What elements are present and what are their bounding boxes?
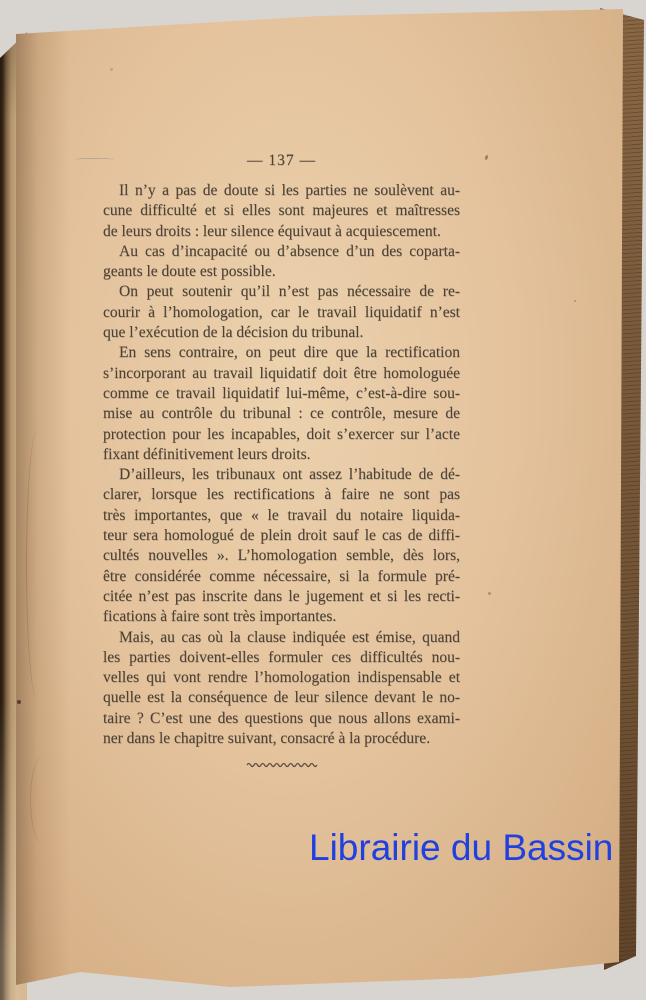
- text-line: que l’exécution de la décision du tribun…: [103, 323, 460, 343]
- text-line: être considérée comme nécessaire, si la …: [103, 567, 460, 587]
- text-line: D’ailleurs, les tribunaux ont assez l’ha…: [103, 465, 460, 485]
- text-line: protection pour les incapables, doit s’e…: [103, 425, 460, 445]
- text-line: fications à faire sont très importantes.: [103, 607, 460, 627]
- page-number: — 137 —: [103, 150, 460, 171]
- text-line: courir à l’homologation, car le travail …: [103, 303, 460, 323]
- bookseller-watermark: Librairie du Bassin: [309, 827, 613, 869]
- text-line: clarer, lorsque les rectifications à fai…: [103, 485, 460, 505]
- text-line: Mais, au cas où la clause indiquée est é…: [103, 628, 460, 648]
- text-line: s’incorporant au travail liquidatif doit…: [103, 364, 460, 384]
- text-line: quelle est la conséquence de leur silenc…: [103, 688, 460, 708]
- book-photo: — 137 — Il n’y a pas de doute si les par…: [0, 0, 646, 1000]
- text-line: fixant définitivement leurs droits.: [103, 445, 460, 465]
- text-line: comme ce travail liquidatif lui-même, c’…: [103, 384, 460, 404]
- text-line: les parties doivent-elles formuler ces d…: [103, 648, 460, 668]
- text-line: très importantes, que « le travail du no…: [103, 506, 460, 526]
- text-line: Il n’y a pas de doute si les parties ne …: [103, 181, 460, 201]
- text-line: cune difficulté et si elles sont majeure…: [103, 201, 460, 221]
- text-line: velles qui vont rendre l’homologation in…: [103, 668, 460, 688]
- text-line: ner dans le chapitre suivant, consacré à…: [103, 729, 460, 749]
- text-line: cultés nouvelles ». L’homologation sembl…: [103, 546, 460, 566]
- text-line: citée n’est pas inscrite dans le jugemen…: [103, 587, 460, 607]
- text-line: taire ? C’est une des questions que nous…: [103, 709, 460, 729]
- text-line: Au cas d’incapacité ou d’absence d’un de…: [103, 242, 460, 262]
- text-line: teur sera homologué de plein droit sauf …: [103, 526, 460, 546]
- text-line: geants le doute est possible.: [103, 262, 460, 282]
- text-line: En sens contraire, on peut dire que la r…: [103, 343, 460, 363]
- text-line: mise au contrôle du tribunal : ce contrô…: [103, 404, 460, 424]
- section-divider: [246, 760, 318, 768]
- text-line: de leurs droits : leur silence équivaut …: [103, 222, 460, 242]
- body-text: Il n’y a pas de doute si les parties ne …: [103, 181, 460, 749]
- text-block: — 137 — Il n’y a pas de doute si les par…: [103, 150, 460, 768]
- text-line: On peut soutenir qu’il n’est pas nécessa…: [103, 282, 460, 302]
